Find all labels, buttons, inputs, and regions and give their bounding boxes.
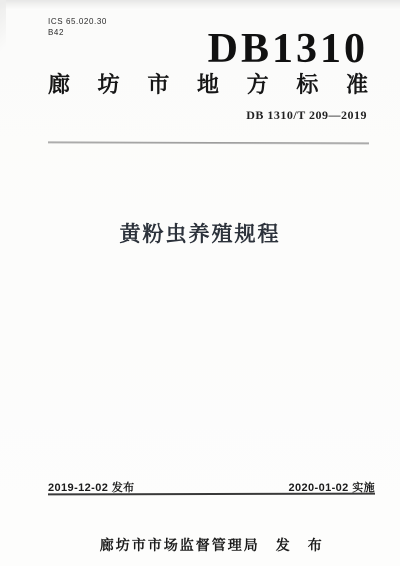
scan-edge-left <box>0 0 6 60</box>
classification-code: B42 <box>48 27 107 38</box>
document-number: DB 1310/T 209—2019 <box>246 108 367 123</box>
document-title: 黄粉虫养殖规程 <box>0 218 400 248</box>
header-rule <box>48 141 369 144</box>
standard-name: 廊坊市地方标准 <box>48 72 368 98</box>
issue-label: 发布 <box>112 482 135 494</box>
publish-label: 发 布 <box>276 537 324 553</box>
ics-block: ICS 65.020.30 B42 <box>48 16 107 38</box>
standard-cover-page: ICS 65.020.30 B42 DB1310 廊坊市地方标准 DB 1310… <box>0 0 400 566</box>
scan-edge-top <box>0 0 400 10</box>
ics-code: ICS 65.020.30 <box>48 16 107 27</box>
standard-code: DB1310 <box>208 28 368 70</box>
publisher-row: 廊坊市市场监督管理局发 布 <box>0 519 400 566</box>
publisher-name: 廊坊市市场监督管理局 <box>100 537 260 553</box>
issue-date: 2019-12-02 <box>48 482 108 494</box>
